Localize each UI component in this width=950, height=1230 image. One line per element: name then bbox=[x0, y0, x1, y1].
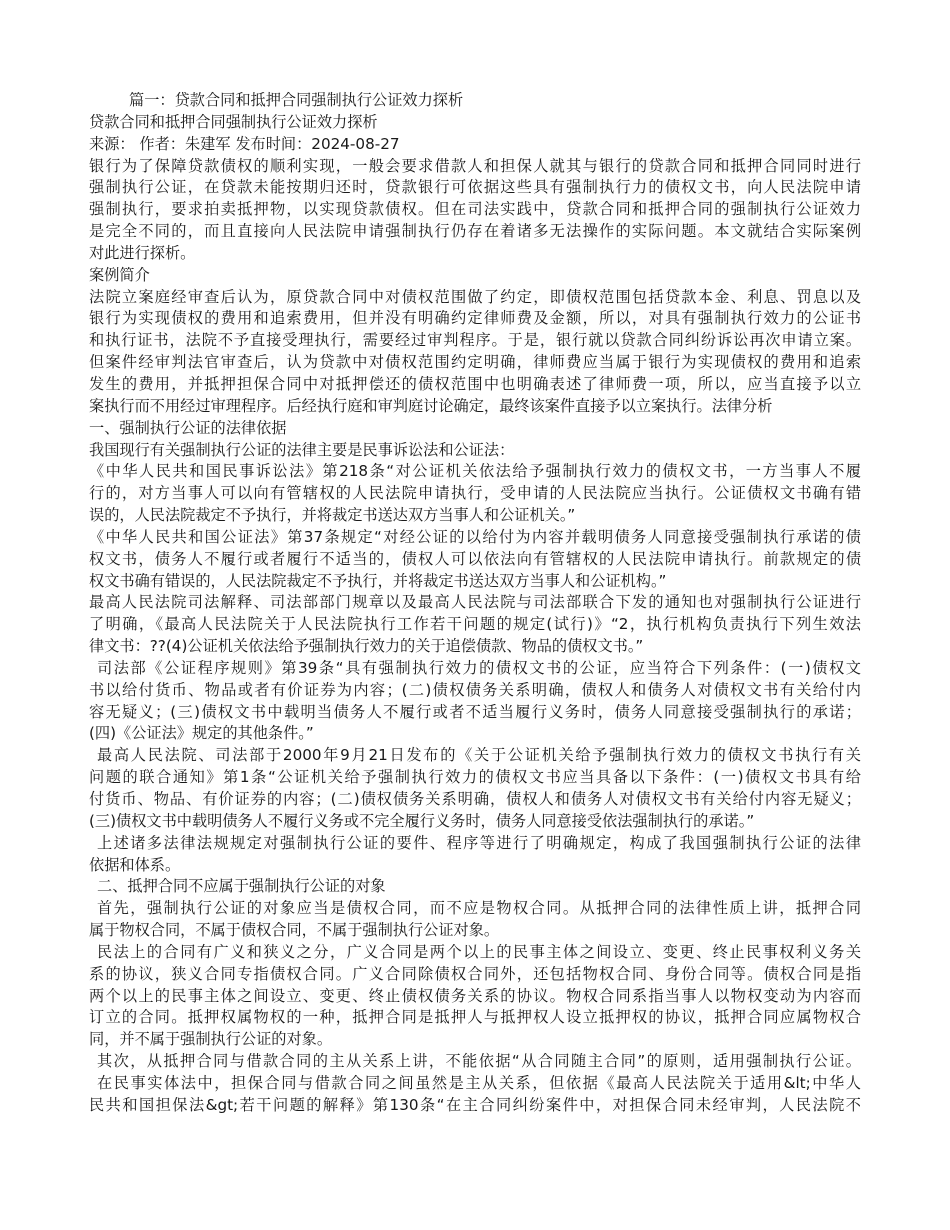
text-line: 其次，从抵押合同与借款合同的主从关系上讲，不能依据“从合同随主合同”的原则，适用… bbox=[89, 1051, 861, 1073]
text-line: 书以给付货币、物品或者有价证券为内容；(二)债权债务关系明确，债权人和债务人对债… bbox=[89, 680, 861, 702]
document-body: 篇一：贷款合同和抵押合同强制执行公证效力探析 贷款合同和抵押合同强制执行公证效力… bbox=[89, 90, 861, 1117]
text-line: 了明确，《最高人民法院关于人民法院执行工作若干问题的规定(试行)》“2，执行机构… bbox=[89, 614, 861, 636]
document-heading: 篇一：贷款合同和抵押合同强制执行公证效力探析 bbox=[89, 90, 861, 112]
text-line: 但案件经审判法官审查后，认为贷款中对债权范围约定明确，律师费应当属于银行为实现债… bbox=[89, 352, 861, 374]
text-line: 银行为实现债权的费用和追索费用，但并没有明确约定律师费及金额，所以，对具有强制执… bbox=[89, 308, 861, 330]
text-line: 行的，对方当事人可以向有管辖权的人民法院申请执行，受申请的人民法院应当执行。公证… bbox=[89, 483, 861, 505]
text-line: 强制执行，要求拍卖抵押物，以实现贷款债权。但在司法实践中，贷款合同和抵押合同的强… bbox=[89, 199, 861, 221]
text-line: 和执行证书，法院不予直接受理执行，需要经过审判程序。于是，银行就以贷款合同纠纷诉… bbox=[89, 330, 861, 352]
text-line: 误的，人民法院裁定不予执行，并将裁定书送达双方当事人和公证机关。” bbox=[89, 505, 861, 527]
text-line: 依据和体系。 bbox=[89, 855, 861, 877]
text-line: 付货币、物品、有价证券的内容；(二)债权债务关系明确，债权人和债务人对债权文书有… bbox=[89, 789, 861, 811]
document-title: 贷款合同和抵押合同强制执行公证效力探析 bbox=[89, 112, 861, 134]
text-line: 在民事实体法中，担保合同与借款合同之间虽然是主从关系，但依据《最高人民法院关于适… bbox=[89, 1073, 861, 1095]
text-line: 首先，强制执行公证的对象应当是债权合同，而不应是物权合同。从抵押合同的法律性质上… bbox=[89, 898, 861, 920]
text-line: 订立的合同。抵押权属物权的一种，抵押合同是抵押人与抵押权人设立抵押权的协议，抵押… bbox=[89, 1007, 861, 1029]
document-meta: 来源： 作者：朱建军 发布时间：2024-08-27 bbox=[89, 134, 861, 156]
text-line: 法院立案庭经审查后认为，原贷款合同中对债权范围做了约定，即债权范围包括贷款本金、… bbox=[89, 287, 861, 309]
text-line: 案执行而不用经过审理程序。后经执行庭和审判庭讨论确定，最终该案件直接予以立案执行… bbox=[89, 396, 861, 418]
text-line: 民法上的合同有广义和狭义之分，广义合同是两个以上的民事主体之间设立、变更、终止民… bbox=[89, 942, 861, 964]
text-line: 银行为了保障贷款债权的顺利实现，一般会要求借款人和担保人就其与银行的贷款合同和抵… bbox=[89, 156, 861, 178]
text-line: 属于物权合同，不属于债权合同，不属于强制执行公证对象。 bbox=[89, 920, 861, 942]
text-line: 系的协议，狭义合同专指债权合同。广义合同除债权合同外，还包括物权合同、身份合同等… bbox=[89, 964, 861, 986]
text-line: 权文书确有错误的，人民法院裁定不予执行，并将裁定书送达双方当事人和公证机构。” bbox=[89, 571, 861, 593]
text-line: 是完全不同的，而且直接向人民法院申请强制执行仍存在着诸多无法操作的实际问题。本文… bbox=[89, 221, 861, 243]
text-line: 案例简介 bbox=[89, 265, 861, 287]
text-line: 对此进行探析。 bbox=[89, 243, 861, 265]
text-line: 上述诸多法律法规规定对强制执行公证的要件、程序等进行了明确规定，构成了我国强制执… bbox=[89, 833, 861, 855]
text-line: 两个以上的民事主体之间设立、变更、终止债权债务关系的协议。物权合同系指当事人以物… bbox=[89, 986, 861, 1008]
text-line: 一、强制执行公证的法律依据 bbox=[89, 418, 861, 440]
text-line: 民共和国担保法&gt;若干问题的解释》第130条“在主合同纠纷案件中，对担保合同… bbox=[89, 1095, 861, 1117]
text-line: (四)《公证法》规定的其他条件。” bbox=[89, 723, 861, 745]
text-line: 《中华人民共和国公证法》第37条规定“对经公证的以给付为内容并载明债务人同意接受… bbox=[89, 527, 861, 549]
text-line: 司法部《公证程序规则》第39条“具有强制执行效力的债权文书的公证，应当符合下列条… bbox=[89, 658, 861, 680]
text-line: 强制执行公证，在贷款未能按期归还时，贷款银行可依据这些具有强制执行力的债权文书，… bbox=[89, 177, 861, 199]
text-line: 发生的费用，并抵押担保合同中对抵押偿还的债权范围中也明确表述了律师费一项，所以，… bbox=[89, 374, 861, 396]
text-line: 容无疑义；(三)债权文书中载明当债务人不履行或者不适当履行义务时，债务人同意接受… bbox=[89, 702, 861, 724]
text-line: 《中华人民共和国民事诉讼法》第218条“对公证机关依法给予强制执行效力的债权文书… bbox=[89, 461, 861, 483]
text-line: 二、抵押合同不应属于强制执行公证的对象 bbox=[89, 876, 861, 898]
text-line: 律文书：??(4)公证机关依法给予强制执行效力的关于追偿债款、物品的债权文书。” bbox=[89, 636, 861, 658]
text-line: 最高人民法院、司法部于2000年9月21日发布的《关于公证机关给予强制执行效力的… bbox=[89, 745, 861, 767]
text-line: 最高人民法院司法解释、司法部部门规章以及最高人民法院与司法部联合下发的通知也对强… bbox=[89, 592, 861, 614]
document-content: 银行为了保障贷款债权的顺利实现，一般会要求借款人和担保人就其与银行的贷款合同和抵… bbox=[89, 156, 861, 1117]
text-line: (三)债权文书中载明债务人不履行义务或不完全履行义务时，债务人同意接受依法强制执… bbox=[89, 811, 861, 833]
text-line: 权文书，债务人不履行或者履行不适当的，债权人可以依法向有管辖权的人民法院申请执行… bbox=[89, 549, 861, 571]
text-line: 问题的联合通知》第1条“公证机关给予强制执行效力的债权文书应当具备以下条件：(一… bbox=[89, 767, 861, 789]
text-line: 同，并不属于强制执行公证的对象。 bbox=[89, 1029, 861, 1051]
text-line: 我国现行有关强制执行公证的法律主要是民事诉讼法和公证法： bbox=[89, 440, 861, 462]
